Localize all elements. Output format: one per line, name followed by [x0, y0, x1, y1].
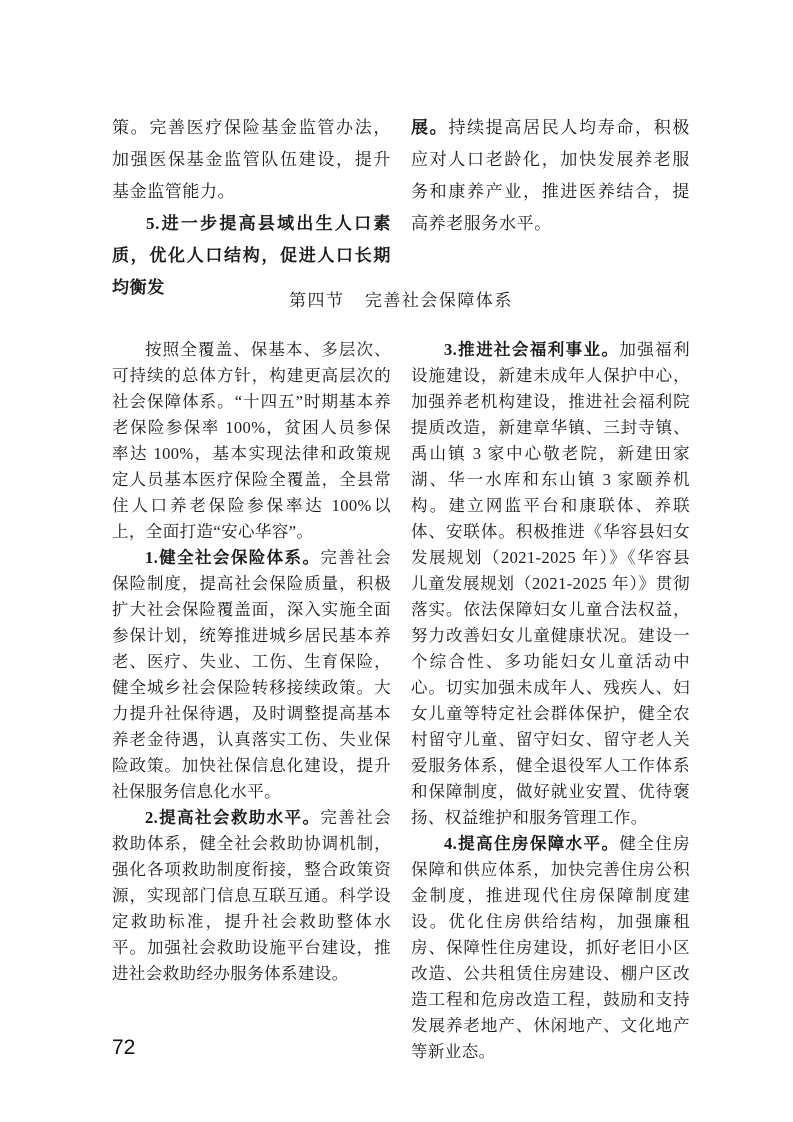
body-left-column: 按照全覆盖、保基本、多层次、可持续的总体方针，构建更高层次的社会保障体系。“十四…	[112, 337, 391, 1065]
body-right-column: 3.推进社会福利事业。加强福利设施建设，新建未成年人保护中心，加强养老机构建设，…	[411, 337, 690, 1065]
paragraph-item-4: 4.提高住房保障水平。健全住房保障和供应体系，加快完善住房公积金制度，推进现代住…	[411, 831, 690, 1065]
paragraph-item-2: 2.提高社会救助水平。完善社会救助体系，健全社会救助协调机制，强化各项救助制度衔…	[112, 805, 391, 987]
paragraph-bold-lead: 1.健全社会保险体系。	[145, 548, 320, 567]
paragraph-continuation: 策。完善医疗保险基金监管办法，加强医保基金监管队伍建设，提升基金监管能力。	[112, 112, 391, 208]
section-heading: 第四节完善社会保障体系	[112, 286, 690, 311]
section-label: 第四节	[289, 291, 345, 310]
body-section: 按照全覆盖、保基本、多层次、可持续的总体方针，构建更高层次的社会保障体系。“十四…	[112, 337, 690, 1065]
paragraph-item-1: 1.健全社会保险体系。完善社会保险制度，提高社会保险质量，积极扩大社会保险覆盖面…	[112, 545, 391, 805]
paragraph-item-5-continuation: 展。持续提高居民人均寿命，积极应对人口老龄化，加快发展养老服务和康养产业，推进医…	[411, 112, 690, 240]
paragraph-bold-lead: 展。	[411, 118, 448, 137]
document-page: 策。完善医疗保险基金监管办法，加强医保基金监管队伍建设，提升基金监管能力。 5.…	[0, 0, 793, 1122]
top-left-column: 策。完善医疗保险基金监管办法，加强医保基金监管队伍建设，提升基金监管能力。 5.…	[112, 112, 391, 304]
top-right-column: 展。持续提高居民人均寿命，积极应对人口老龄化，加快发展养老服务和康养产业，推进医…	[411, 112, 690, 304]
paragraph-text: 持续提高居民人均寿命，积极应对人口老龄化，加快发展养老服务和康养产业，推进医养结…	[411, 118, 690, 233]
paragraph-text: 完善社会救助体系，健全社会救助协调机制，强化各项救助制度衔接，整合政策资源，实现…	[112, 808, 391, 983]
paragraph-item-3: 3.推进社会福利事业。加强福利设施建设，新建未成年人保护中心，加强养老机构建设，…	[411, 337, 690, 831]
paragraph-text: 健全住房保障和供应体系，加快完善住房公积金制度，推进现代住房保障制度建设。优化住…	[411, 834, 690, 1061]
paragraph-text: 加强福利设施建设，新建未成年人保护中心，加强养老机构建设，推进社会福利院提质改造…	[411, 340, 690, 827]
paragraph-intro: 按照全覆盖、保基本、多层次、可持续的总体方针，构建更高层次的社会保障体系。“十四…	[112, 337, 391, 545]
paragraph-bold-lead: 2.提高社会救助水平。	[145, 808, 320, 827]
paragraph-text: 完善社会保险制度，提高社会保险质量，积极扩大社会保险覆盖面，深入实施全面参保计划…	[112, 548, 391, 801]
page-number: 72	[112, 1036, 135, 1060]
top-continuation-section: 策。完善医疗保险基金监管办法，加强医保基金监管队伍建设，提升基金监管能力。 5.…	[112, 112, 690, 304]
paragraph-bold-lead: 3.推进社会福利事业。	[444, 340, 619, 359]
paragraph-bold-lead: 4.提高住房保障水平。	[444, 834, 619, 853]
section-title: 完善社会保障体系	[365, 291, 513, 310]
